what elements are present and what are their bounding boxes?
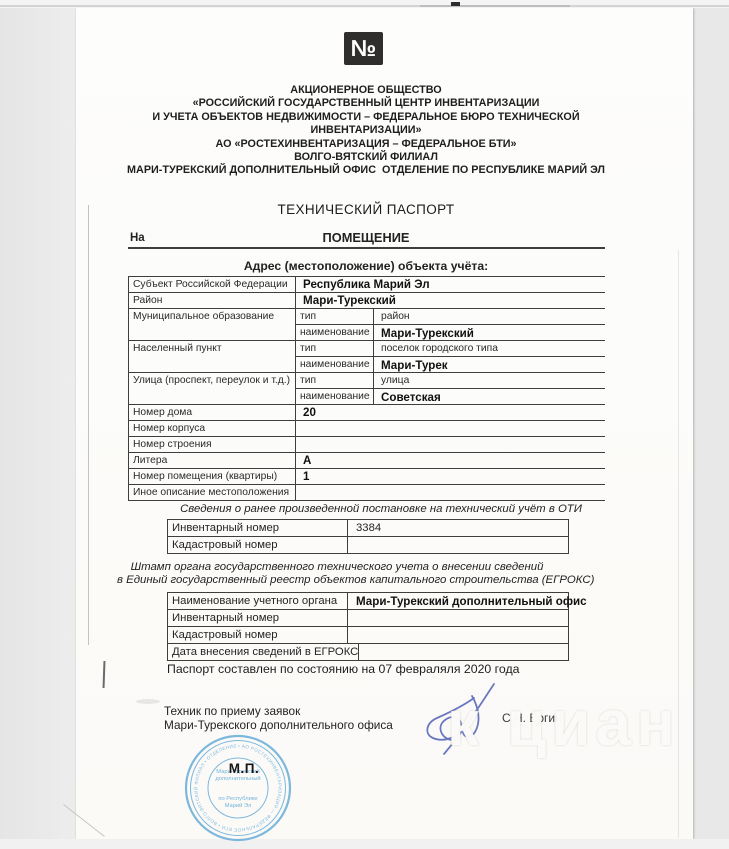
sub-row: наименование Мари-Турекский (296, 325, 605, 340)
row-subgrid: тип поселок городского типа наименование… (296, 341, 605, 372)
table-row: Литера А (129, 453, 605, 469)
row-value: Мари-Турекский дополнительный офис (348, 593, 587, 609)
row-label: Наименование учетного органа (168, 593, 348, 609)
row-label: Улица (проспект, переулок и т.д.) (129, 373, 296, 404)
sub-row: тип район (296, 309, 605, 325)
row-label: Инвентарный номер (168, 610, 348, 626)
table-row: Инвентарный номер (168, 610, 568, 627)
oti-section-heading: Сведения о ранее произведенной постановк… (156, 503, 606, 515)
row-value: 1 (296, 469, 605, 484)
row-value: А (296, 453, 605, 468)
row-label: Номер строения (129, 437, 296, 452)
signer-role-line2: Мари-Турекского дополнительного офиса (164, 718, 393, 732)
row-label: Номер помещения (квартиры) (129, 469, 296, 484)
row-value (296, 421, 605, 436)
table-row: Кадастровый номер (168, 627, 568, 644)
table-row: Населенный пункт тип поселок городского … (129, 341, 605, 373)
row-subvalue: Советская (374, 389, 605, 404)
letterhead-line: «РОССИЙСКИЙ ГОСУДАРСТВЕННЫЙ ЦЕНТР ИНВЕНТ… (120, 97, 612, 110)
page-binding-edge-line (88, 205, 89, 645)
letterhead-line: АО «РОСТЕХИНВЕНТАРИЗАЦИЯ – ФЕДЕРАЛЬНОЕ Б… (120, 138, 612, 151)
number-sign-glyph: № (351, 35, 377, 62)
table-row: Номер помещения (квартиры) 1 (129, 469, 605, 485)
row-label: Кадастровый номер (168, 537, 348, 553)
letterhead-line: ВОЛГО-ВЯТСКИЙ ФИЛИАЛ (120, 151, 612, 164)
number-sign-logo-icon: № (344, 32, 383, 65)
row-value (296, 485, 605, 500)
document-title: ТЕХНИЧЕСКИЙ ПАСПОРТ (128, 202, 604, 217)
row-label: Инвентарный номер (168, 520, 348, 536)
address-table: Субъект Российской Федерации Республика … (128, 276, 605, 501)
handwritten-signature (416, 678, 511, 758)
row-subvalue: улица (374, 373, 605, 388)
row-value (359, 644, 568, 660)
row-label: Номер дома (129, 405, 296, 420)
row-value: Мари-Турекский (296, 293, 605, 308)
row-label: Иное описание местоположения (129, 485, 296, 500)
row-value: 3384 (348, 520, 568, 536)
table-row: Район Мари-Турекский (129, 293, 605, 309)
table-row: Номер строения (129, 437, 605, 453)
sub-row: тип поселок городского типа (296, 341, 605, 357)
address-section-heading: Адрес (местоположение) объекта учёта: (128, 259, 604, 273)
scan-bottom-strip (0, 839, 729, 849)
row-label: Литера (129, 453, 296, 468)
row-subkey: тип (296, 341, 374, 356)
row-label: Муниципальное образование (129, 309, 296, 340)
scan-smudge (136, 699, 160, 704)
table-row: Иное описание местоположения (129, 485, 605, 501)
stamp-center-line: Марий Эл (225, 802, 252, 809)
row-label: Населенный пункт (129, 341, 296, 372)
table-row: Муниципальное образование тип район наим… (129, 309, 605, 341)
sub-row: наименование Мари-Турек (296, 357, 605, 372)
scan-black-mark (451, 2, 460, 6)
official-round-stamp: • АО РОСТЕХИНВЕНТАРИЗАЦИЯ — ФЕДЕРАЛЬНОЕ … (183, 733, 293, 843)
object-type-label: ПОМЕЩЕНИЕ (128, 230, 604, 245)
row-value (296, 437, 605, 452)
title-underline (128, 247, 605, 249)
row-label: Кадастровый номер (168, 627, 348, 643)
row-label: Субъект Российской Федерации (129, 277, 296, 292)
row-value (348, 610, 568, 626)
row-subkey: наименование (296, 389, 374, 404)
egroks-section-heading-line2: в Единый государственный реестр объектов… (117, 574, 557, 586)
row-subvalue: район (374, 309, 605, 324)
stamp-center-line: по Республике (218, 796, 257, 802)
scan-right-margin (694, 0, 729, 849)
table-row: Субъект Российской Федерации Республика … (129, 277, 605, 293)
scanned-document-page: № АКЦИОНЕРНОЕ ОБЩЕСТВО «РОССИЙСКИЙ ГОСУД… (0, 0, 729, 849)
table-row: Номер корпуса (129, 421, 605, 437)
scan-left-margin (0, 0, 76, 849)
row-subgrid: тип район наименование Мари-Турекский (296, 309, 605, 340)
organization-letterhead: АКЦИОНЕРНОЕ ОБЩЕСТВО «РОССИЙСКИЙ ГОСУДАР… (120, 84, 612, 178)
sub-row: тип улица (296, 373, 605, 389)
stamp-center-line: дополнительный (215, 775, 260, 782)
row-subkey: тип (296, 373, 374, 388)
egroks-section-heading-line1: Штамп органа государственного техническо… (117, 561, 557, 573)
sub-row: наименование Советская (296, 389, 605, 404)
egroks-table: Наименование учетного органа Мари-Турекс… (167, 592, 569, 661)
table-row: Наименование учетного органа Мари-Турекс… (168, 593, 568, 610)
row-value: Республика Марий Эл (296, 277, 605, 292)
table-row: Кадастровый номер (168, 537, 568, 554)
table-row: Дата внесения сведений в ЕГРОКС (168, 644, 568, 661)
letterhead-line: АКЦИОНЕРНОЕ ОБЩЕСТВО (120, 84, 612, 97)
row-subgrid: тип улица наименование Советская (296, 373, 605, 404)
row-subkey: тип (296, 309, 374, 324)
stamp-place-abbr: М.П. (222, 761, 266, 776)
row-label: Дата внесения сведений в ЕГРОКС (168, 644, 359, 660)
table-row: Номер дома 20 (129, 405, 605, 421)
scan-top-edge-dark-segment (420, 5, 570, 7)
row-subkey: наименование (296, 357, 374, 372)
row-value (348, 537, 568, 553)
row-value: 20 (296, 405, 605, 420)
table-row: Инвентарный номер 3384 (168, 520, 568, 537)
scan-top-edge-line (0, 5, 729, 7)
row-subkey: наименование (296, 325, 374, 340)
row-label: Район (129, 293, 296, 308)
letterhead-line: ИНВЕНТАРИЗАЦИИ» (120, 124, 612, 137)
row-subvalue: поселок городского типа (374, 341, 605, 356)
table-row: Улица (проспект, переулок и т.д.) тип ул… (129, 373, 605, 405)
signer-role-line1: Техник по приему заявок (164, 704, 300, 718)
oti-table: Инвентарный номер 3384 Кадастровый номер (167, 519, 569, 554)
signer-name: С.Н. Ергин (502, 711, 562, 725)
page-crease-line (678, 250, 679, 838)
row-subvalue: Мари-Турек (374, 357, 605, 372)
letterhead-line: МАРИ-ТУРЕКСКИЙ ДОПОЛНИТЕЛЬНЫЙ ОФИС ОТДЕЛ… (120, 164, 612, 177)
row-value (348, 627, 568, 643)
letterhead-line: И УЧЕТА ОБЪЕКТОВ НЕДВИЖИМОСТИ – ФЕДЕРАЛЬ… (120, 111, 612, 124)
compiled-date-line: Паспорт составлен по состоянию на 07 фев… (167, 662, 519, 676)
row-label: Номер корпуса (129, 421, 296, 436)
row-subvalue: Мари-Турекский (374, 325, 605, 340)
